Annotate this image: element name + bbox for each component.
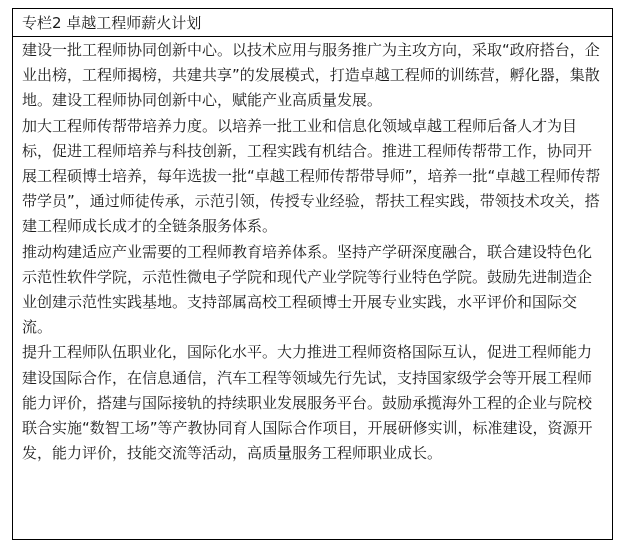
paragraph-innovation-centers: 建设一批工程师协同创新中心。以技术应用与服务推广为主攻方向，采取“政府搭台，企业… <box>22 38 604 114</box>
box-title: 专栏2 卓越工程师薪火计划 <box>13 9 612 37</box>
paragraph-education-system: 推动构建适应产业需要的工程师教育培养体系。坚持产学研深度融合，联合建设特色化示范… <box>22 240 604 341</box>
box-content: 建设一批工程师协同创新中心。以技术应用与服务推广为主攻方向，采取“政府搭台，企业… <box>13 37 612 466</box>
info-box: 专栏2 卓越工程师薪火计划 建设一批工程师协同创新中心。以技术应用与服务推广为主… <box>12 8 613 540</box>
paragraph-internationalization: 提升工程师队伍职业化，国际化水平。大力推进工程师资格国际互认，促进工程师能力建设… <box>22 340 604 466</box>
paragraph-mentorship: 加大工程师传帮带培养力度。以培养一批工业和信息化领域卓越工程师后备人才为目标，促… <box>22 114 604 240</box>
